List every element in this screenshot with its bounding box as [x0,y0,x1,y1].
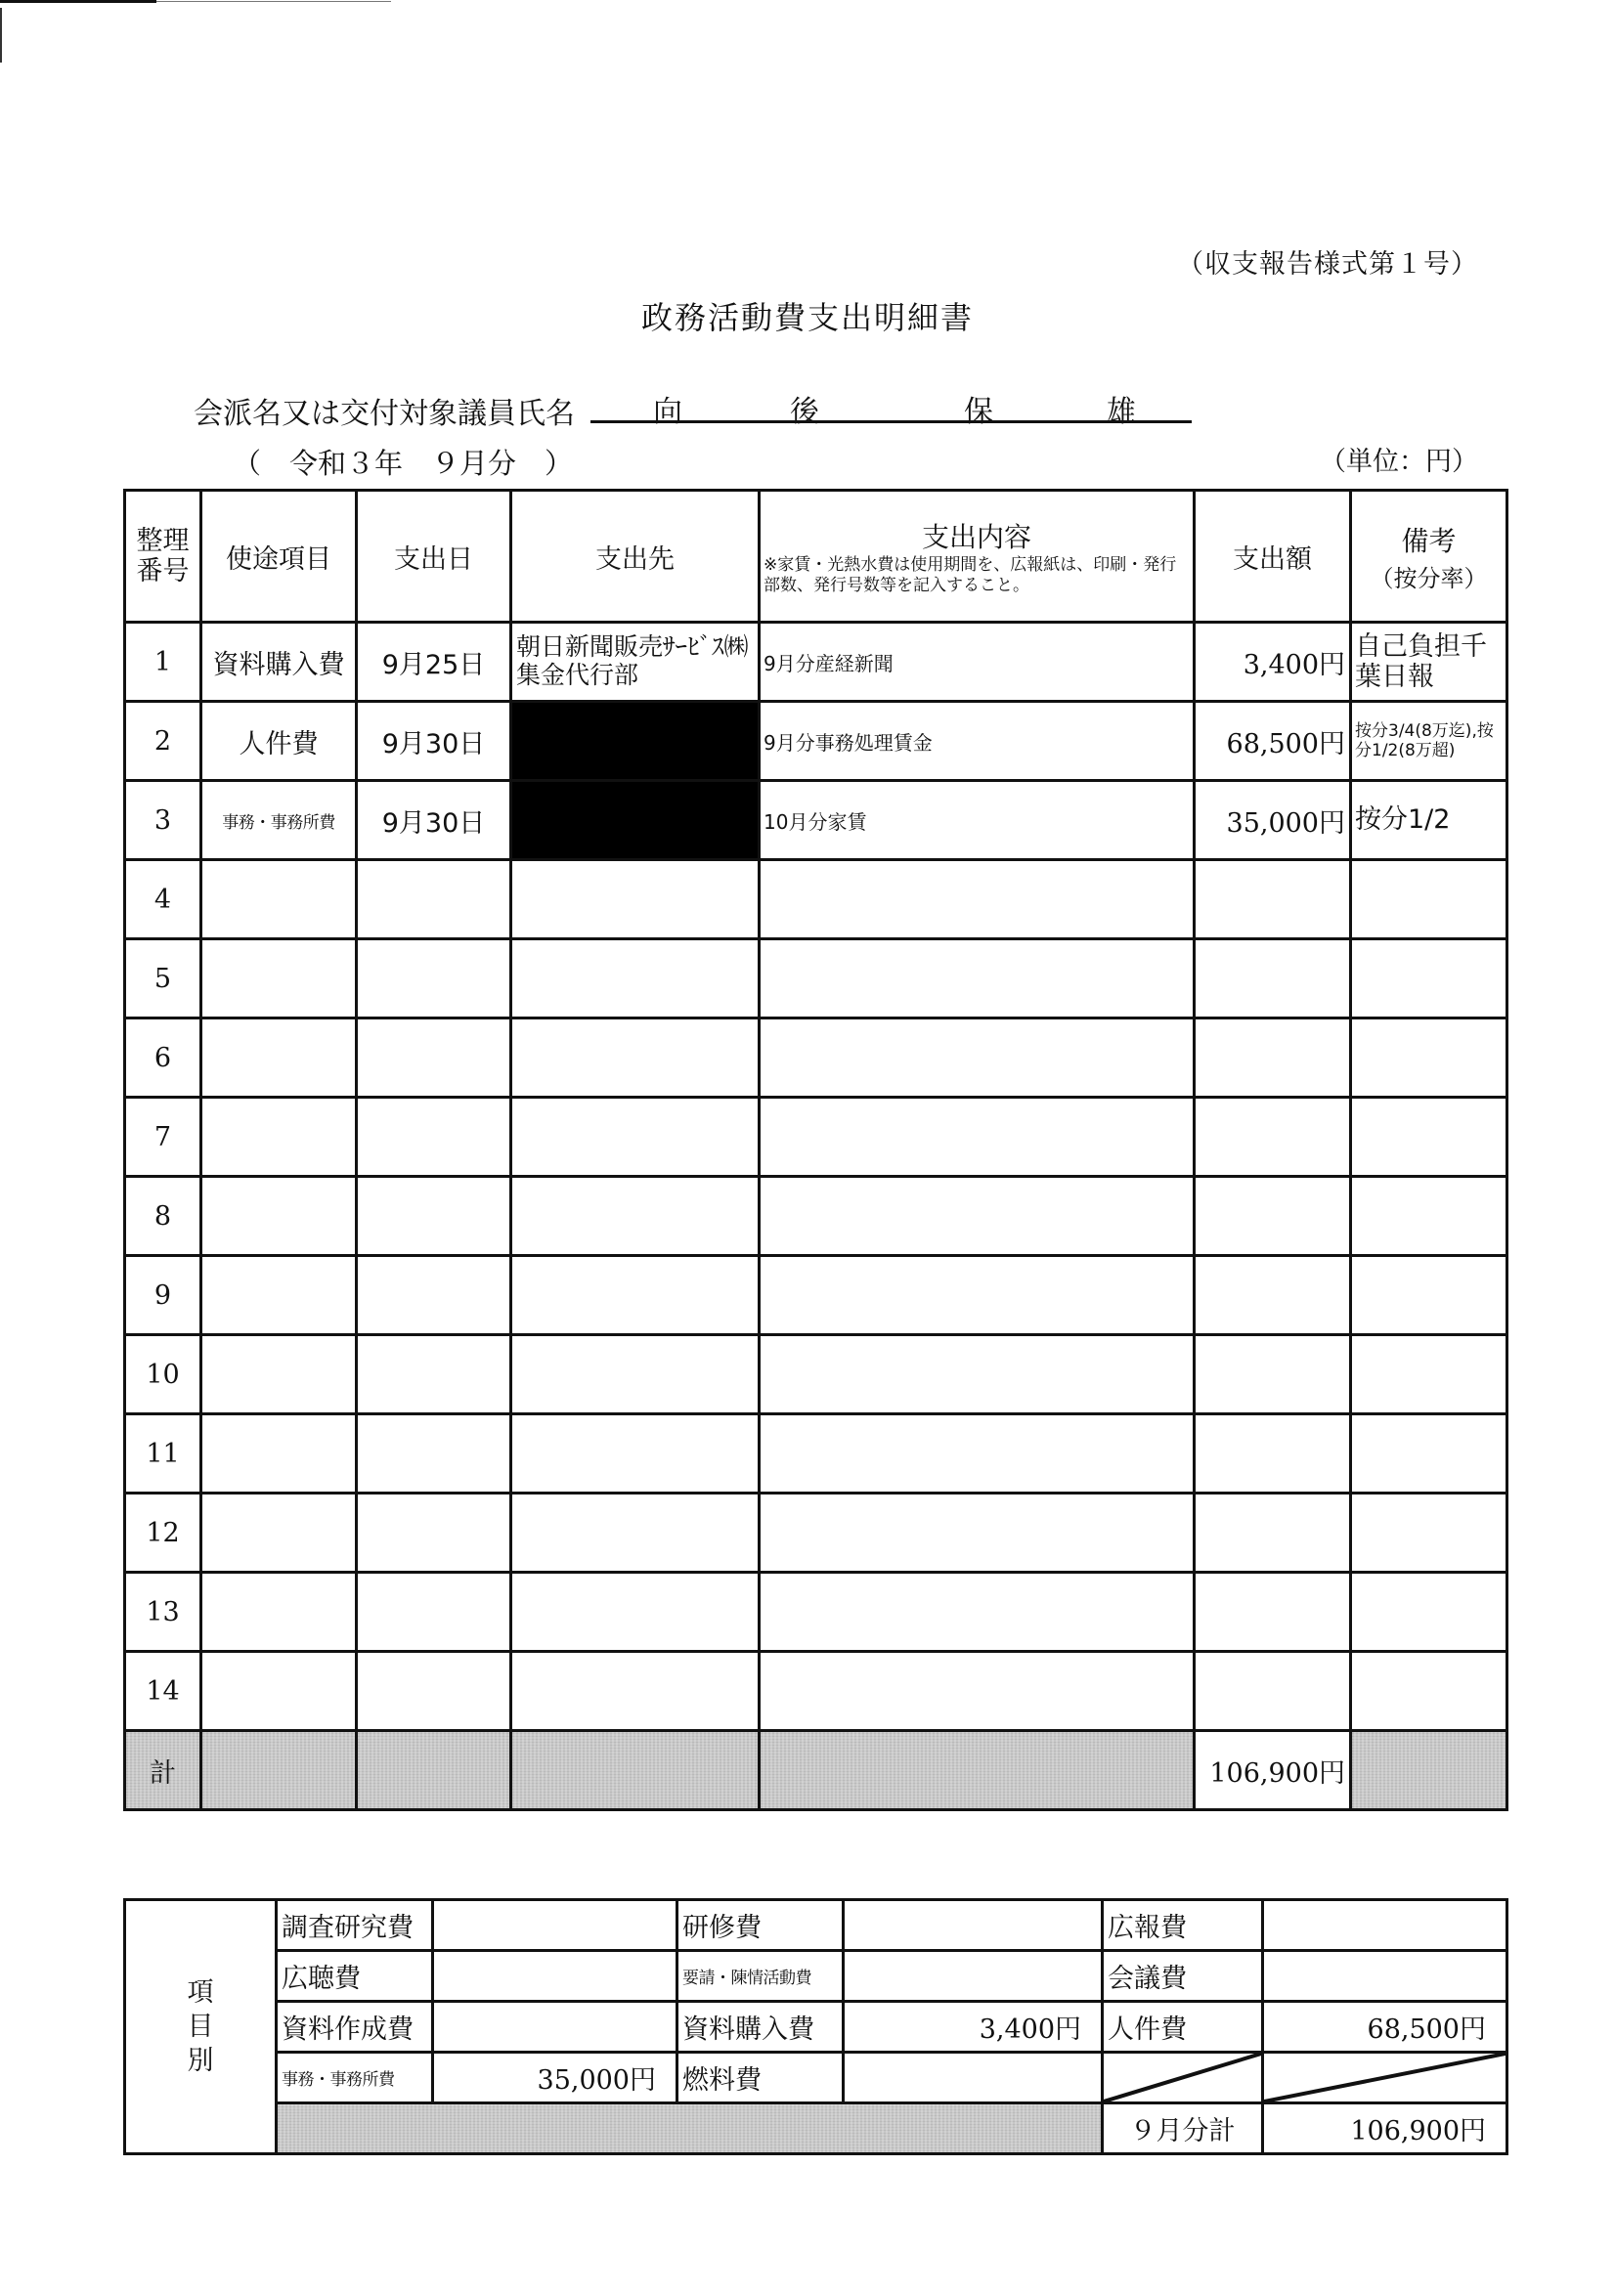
summary-row: 事務・事務所費 35,000円 燃料費 [125,2053,1507,2103]
category-summary-table: 項 目 別 調査研究費 研修費 広報費 広聴費 要請・陳情活動費 会議費 資料作… [123,1898,1508,2155]
row-number: 8 [125,1177,201,1256]
diagonal-line [1104,2054,1261,2101]
row-number: 4 [125,860,201,939]
category-label: 資料作成費 [277,2002,433,2053]
summary-side-label: 項 目 別 [125,1900,277,2154]
category-label: 燃料費 [677,2053,844,2103]
row-number: 3 [125,781,201,860]
purpose-cell [201,1177,357,1256]
remarks-cell [1351,1018,1507,1098]
row-number: 7 [125,1098,201,1177]
shaded-cell [277,2103,1103,2154]
category-label: 要請・陳情活動費 [677,1951,844,2002]
date-cell [357,1494,511,1573]
header-remarks: 備考 （按分率） [1351,491,1507,623]
content-cell [760,1098,1195,1177]
amount-cell [1195,1098,1351,1177]
unit-label: （単位：円） [1320,440,1478,478]
payee-cell: 朝日新聞販売ｻｰﾋﾞｽ㈱集金代行部 [511,623,760,702]
category-value [1263,1951,1507,2002]
amount-cell [1195,1256,1351,1335]
remarks-cell [1351,1494,1507,1573]
content-cell [760,1494,1195,1573]
row-number: 12 [125,1494,201,1573]
purpose-cell [201,939,357,1018]
amount-cell [1195,1018,1351,1098]
remarks-cell [1351,860,1507,939]
form-number: （収支報告様式第１号） [1177,242,1478,281]
scan-edge [0,0,156,3]
member-name-label: 会派名又は交付対象議員氏名 [194,389,575,432]
payee-cell [511,1256,760,1335]
date-cell [357,1573,511,1652]
content-cell [760,1018,1195,1098]
payee-cell [511,1098,760,1177]
side-label-char: 別 [126,2044,275,2078]
payee-cell [511,939,760,1018]
row-number: 10 [125,1335,201,1414]
shaded-cell [201,1731,357,1810]
payee-cell [511,1494,760,1573]
remarks-cell [1351,1177,1507,1256]
purpose-cell [201,1414,357,1494]
remarks-cell [1351,1335,1507,1414]
summary-row: 項 目 別 調査研究費 研修費 広報費 [125,1900,1507,1951]
name-underline [590,420,1192,423]
date-cell: 9月30日 [357,702,511,781]
table-row: 8 [125,1177,1507,1256]
amount-cell: 3,400円 [1195,623,1351,702]
table-row: 13 [125,1573,1507,1652]
date-cell: 9月25日 [357,623,511,702]
content-cell: 10月分家賃 [760,781,1195,860]
content-cell: 9月分産経新聞 [760,623,1195,702]
payee-cell [511,1414,760,1494]
row-number: 13 [125,1573,201,1652]
date-cell [357,1098,511,1177]
payee-cell [511,1177,760,1256]
category-value [1263,1900,1507,1951]
purpose-cell [201,1573,357,1652]
content-cell [760,1335,1195,1414]
header-content-title: 支出内容 [761,516,1193,555]
header-remarks-sub: （按分率） [1352,559,1506,593]
total-amount: 106,900円 [1195,1731,1351,1810]
header-number-line2: 番号 [126,556,199,586]
amount-cell [1195,1414,1351,1494]
total-label: 計 [125,1731,201,1810]
side-label-char: 項 [126,1975,275,2010]
amount-cell [1195,1177,1351,1256]
table-row: 7 [125,1098,1507,1177]
shaded-cell [511,1731,760,1810]
row-number: 9 [125,1256,201,1335]
amount-cell [1195,1335,1351,1414]
content-cell: 9月分事務処理賃金 [760,702,1195,781]
date-cell [357,1414,511,1494]
shaded-cell [1351,1731,1507,1810]
table-row: 12 [125,1494,1507,1573]
table-row: 2人件費9月30日9月分事務処理賃金68,500円按分3/4(8万迄),按分1/… [125,702,1507,781]
crossed-out-cell [1263,2053,1507,2103]
remarks-cell [1351,1256,1507,1335]
purpose-cell [201,1256,357,1335]
document-title: 政務活動費支出明細書 [0,293,1615,338]
date-cell [357,1652,511,1731]
remarks-cell: 自己負担千葉日報 [1351,623,1507,702]
expenditure-table: 整理 番号 使途項目 支出日 支出先 支出内容 ※家賃・光熱水費は使用期間を、広… [123,489,1508,1811]
category-value [844,1951,1103,2002]
date-cell [357,1018,511,1098]
header-content: 支出内容 ※家賃・光熱水費は使用期間を、広報紙は、印刷・発行部数、発行号数等を記… [760,491,1195,623]
category-value: 35,000円 [433,2053,677,2103]
date-cell [357,1335,511,1414]
category-label: 資料購入費 [677,2002,844,2053]
content-cell [760,1414,1195,1494]
amount-cell [1195,1573,1351,1652]
total-row: 計 106,900円 [125,1731,1507,1810]
row-number: 6 [125,1018,201,1098]
category-label: 広聴費 [277,1951,433,2002]
header-date: 支出日 [357,491,511,623]
category-value [844,2053,1103,2103]
shaded-cell [357,1731,511,1810]
remarks-cell [1351,1652,1507,1731]
table-row: 14 [125,1652,1507,1731]
purpose-cell: 人件費 [201,702,357,781]
table-row: 10 [125,1335,1507,1414]
payee-cell [511,1573,760,1652]
header-content-note: ※家賃・光熱水費は使用期間を、広報紙は、印刷・発行部数、発行号数等を記入すること… [761,555,1193,597]
remarks-cell [1351,1098,1507,1177]
scan-edge [156,1,391,2]
purpose-cell [201,1494,357,1573]
summary-row: 広聴費 要請・陳情活動費 会議費 [125,1951,1507,2002]
report-period: （ 令和３年 ９月分 ） [233,442,573,482]
remarks-cell [1351,939,1507,1018]
purpose-cell [201,1018,357,1098]
category-label: 調査研究費 [277,1900,433,1951]
remarks-cell: 按分1/2 [1351,781,1507,860]
content-cell [760,939,1195,1018]
row-number: 2 [125,702,201,781]
header-remarks-title: 備考 [1352,520,1506,559]
payee-cell [511,1335,760,1414]
amount-cell [1195,1652,1351,1731]
row-number: 5 [125,939,201,1018]
amount-cell: 68,500円 [1195,702,1351,781]
side-label-char: 目 [126,2010,275,2044]
date-cell [357,1177,511,1256]
table-row: 5 [125,939,1507,1018]
remarks-cell: 按分3/4(8万迄),按分1/2(8万超) [1351,702,1507,781]
header-payee: 支出先 [511,491,760,623]
content-cell [760,1256,1195,1335]
summary-total-row: ９月分計 106,900円 [125,2103,1507,2154]
header-amount: 支出額 [1195,491,1351,623]
remarks-cell [1351,1414,1507,1494]
shaded-cell [760,1731,1195,1810]
payee-cell [511,860,760,939]
category-label: 事務・事務所費 [277,2053,433,2103]
redacted-payee [511,702,760,781]
row-number: 1 [125,623,201,702]
purpose-cell: 資料購入費 [201,623,357,702]
content-cell [760,1573,1195,1652]
date-cell: 9月30日 [357,781,511,860]
amount-cell: 35,000円 [1195,781,1351,860]
payee-cell [511,1652,760,1731]
row-number: 14 [125,1652,201,1731]
content-cell [760,1177,1195,1256]
category-value: 68,500円 [1263,2002,1507,2053]
category-label: 会議費 [1103,1951,1263,2002]
summary-row: 資料作成費 資料購入費 3,400円 人件費 68,500円 [125,2002,1507,2053]
content-cell [760,860,1195,939]
date-cell [357,860,511,939]
member-name-char: 後 [790,387,819,430]
header-purpose: 使途項目 [201,491,357,623]
member-name-char: 向 [653,387,682,430]
redacted-payee [511,781,760,860]
category-value [433,2002,677,2053]
header-number-line1: 整理 [126,526,199,556]
content-cell [760,1652,1195,1731]
table-row: 3事務・事務所費9月30日10月分家賃35,000円按分1/2 [125,781,1507,860]
scan-edge [0,8,2,63]
table-row: 4 [125,860,1507,939]
category-value [433,1951,677,2002]
date-cell [357,1256,511,1335]
diagonal-line [1264,2054,1506,2101]
table-header-row: 整理 番号 使途項目 支出日 支出先 支出内容 ※家賃・光熱水費は使用期間を、広… [125,491,1507,623]
date-cell [357,939,511,1018]
category-value: 3,400円 [844,2002,1103,2053]
category-label: 人件費 [1103,2002,1263,2053]
row-number: 11 [125,1414,201,1494]
remarks-cell [1351,1573,1507,1652]
member-name-char: 保 [964,387,993,430]
member-name-char: 雄 [1107,387,1136,430]
purpose-cell [201,1652,357,1731]
purpose-cell [201,1098,357,1177]
amount-cell [1195,939,1351,1018]
category-label: 広報費 [1103,1900,1263,1951]
table-row: 1資料購入費9月25日朝日新聞販売ｻｰﾋﾞｽ㈱集金代行部9月分産経新聞3,400… [125,623,1507,702]
purpose-cell [201,1335,357,1414]
crossed-out-cell [1103,2053,1263,2103]
category-value [844,1900,1103,1951]
amount-cell [1195,860,1351,939]
table-row: 11 [125,1414,1507,1494]
category-label: 研修費 [677,1900,844,1951]
payee-cell [511,1018,760,1098]
amount-cell [1195,1494,1351,1573]
month-total-label: ９月分計 [1103,2103,1263,2154]
purpose-cell [201,860,357,939]
category-value [433,1900,677,1951]
purpose-cell: 事務・事務所費 [201,781,357,860]
table-row: 6 [125,1018,1507,1098]
table-row: 9 [125,1256,1507,1335]
month-total-value: 106,900円 [1263,2103,1507,2154]
header-number: 整理 番号 [125,491,201,623]
